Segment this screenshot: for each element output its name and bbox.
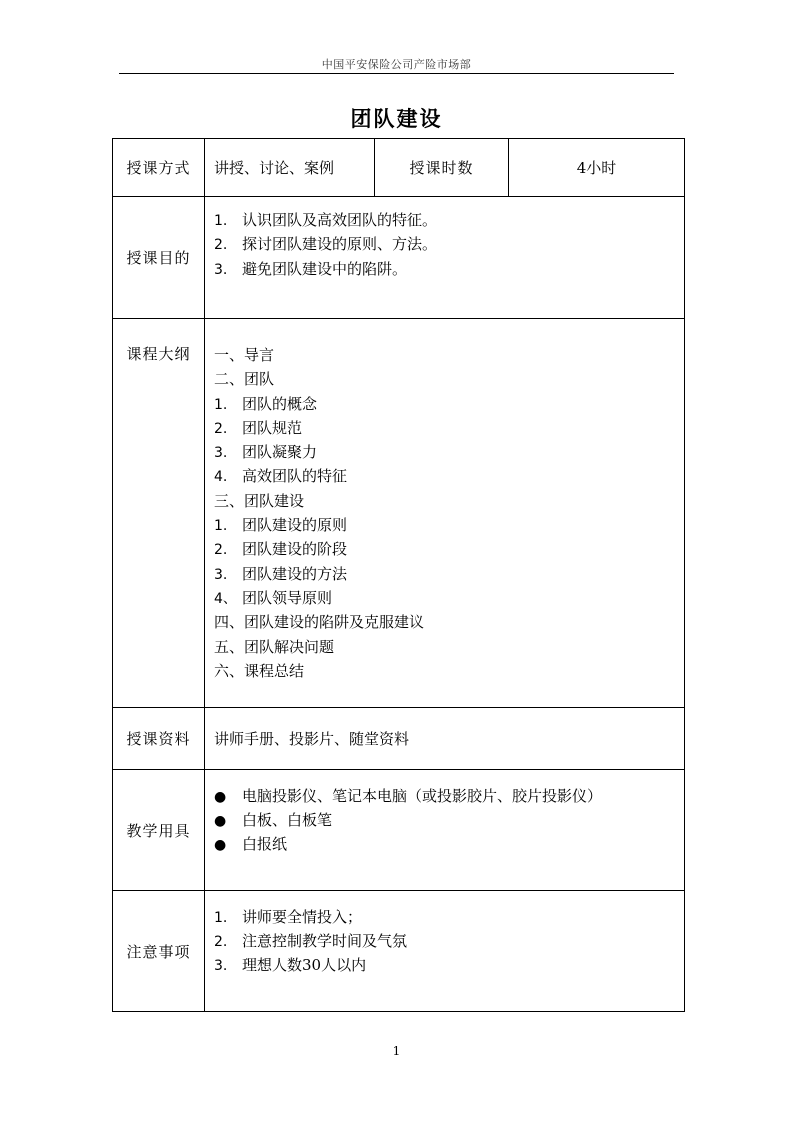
bullet-icon: ● — [214, 785, 242, 809]
course-table: 授课方式 讲授、讨论、案例 授课时数 4小时 授课目的 1.认识团队及高效团队的… — [112, 138, 685, 1012]
outline-item: 一、导言 — [214, 343, 684, 367]
objectives-label: 授课目的 — [113, 197, 205, 319]
bullet-icon: ● — [214, 833, 242, 857]
row-method: 授课方式 讲授、讨论、案例 授课时数 4小时 — [113, 139, 685, 197]
objectives-content: 1.认识团队及高效团队的特征。 2.探讨团队建设的原则、方法。 3.避免团队建设… — [205, 197, 685, 319]
objective-item: 1.认识团队及高效团队的特征。 — [214, 208, 684, 232]
outline-item: 三、团队建设 — [214, 489, 684, 513]
objective-item: 3.避免团队建设中的陷阱。 — [214, 257, 684, 281]
method-value: 讲授、讨论、案例 — [205, 139, 375, 197]
outline-item: 2.团队规范 — [214, 416, 684, 440]
note-item: 3.理想人数30人以内 — [214, 953, 684, 977]
outline-item: 五、团队解决问题 — [214, 635, 684, 659]
notes-content: 1.讲师要全情投入； 2.注意控制教学时间及气氛 3.理想人数30人以内 — [205, 891, 685, 1012]
document-title: 团队建设 — [0, 103, 793, 133]
row-objectives: 授课目的 1.认识团队及高效团队的特征。 2.探讨团队建设的原则、方法。 3.避… — [113, 197, 685, 319]
outline-item: 1.团队的概念 — [214, 392, 684, 416]
tools-content: ●电脑投影仪、笔记本电脑（或投影胶片、胶片投影仪） ●白板、白板笔 ●白报纸 — [205, 770, 685, 891]
tool-item: ●电脑投影仪、笔记本电脑（或投影胶片、胶片投影仪） — [214, 784, 684, 808]
outline-item: 3.团队建设的方法 — [214, 562, 684, 586]
hours-label: 授课时数 — [375, 139, 509, 197]
method-label: 授课方式 — [113, 139, 205, 197]
page-header-company: 中国平安保险公司产险市场部 — [0, 56, 793, 72]
materials-value: 讲师手册、投影片、随堂资料 — [205, 708, 685, 770]
outline-item: 2.团队建设的阶段 — [214, 537, 684, 561]
objective-item: 2.探讨团队建设的原则、方法。 — [214, 232, 684, 256]
row-materials: 授课资料 讲师手册、投影片、随堂资料 — [113, 708, 685, 770]
page-number: 1 — [0, 1044, 793, 1058]
outline-item: 4.高效团队的特征 — [214, 464, 684, 488]
outline-item: 3.团队凝聚力 — [214, 440, 684, 464]
outline-item: 六、课程总结 — [214, 659, 684, 683]
outline-item: 1.团队建设的原则 — [214, 513, 684, 537]
outline-content: 一、导言 二、团队 1.团队的概念 2.团队规范 3.团队凝聚力 4.高效团队的… — [205, 319, 685, 708]
notes-label: 注意事项 — [113, 891, 205, 1012]
note-item: 1.讲师要全情投入； — [214, 905, 684, 929]
outline-item: 二、团队 — [214, 367, 684, 391]
row-outline: 课程大纲 一、导言 二、团队 1.团队的概念 2.团队规范 3.团队凝聚力 4.… — [113, 319, 685, 708]
tool-item: ●白板、白板笔 — [214, 808, 684, 832]
outline-item: 4、团队领导原则 — [214, 586, 684, 610]
tools-label: 教学用具 — [113, 770, 205, 891]
header-divider — [119, 73, 674, 74]
row-notes: 注意事项 1.讲师要全情投入； 2.注意控制教学时间及气氛 3.理想人数30人以… — [113, 891, 685, 1012]
row-tools: 教学用具 ●电脑投影仪、笔记本电脑（或投影胶片、胶片投影仪） ●白板、白板笔 ●… — [113, 770, 685, 891]
outline-item: 四、团队建设的陷阱及克服建议 — [214, 610, 684, 634]
tool-item: ●白报纸 — [214, 832, 684, 856]
hours-value: 4小时 — [509, 139, 685, 197]
bullet-icon: ● — [214, 809, 242, 833]
note-item: 2.注意控制教学时间及气氛 — [214, 929, 684, 953]
materials-label: 授课资料 — [113, 708, 205, 770]
outline-label: 课程大纲 — [113, 319, 205, 708]
